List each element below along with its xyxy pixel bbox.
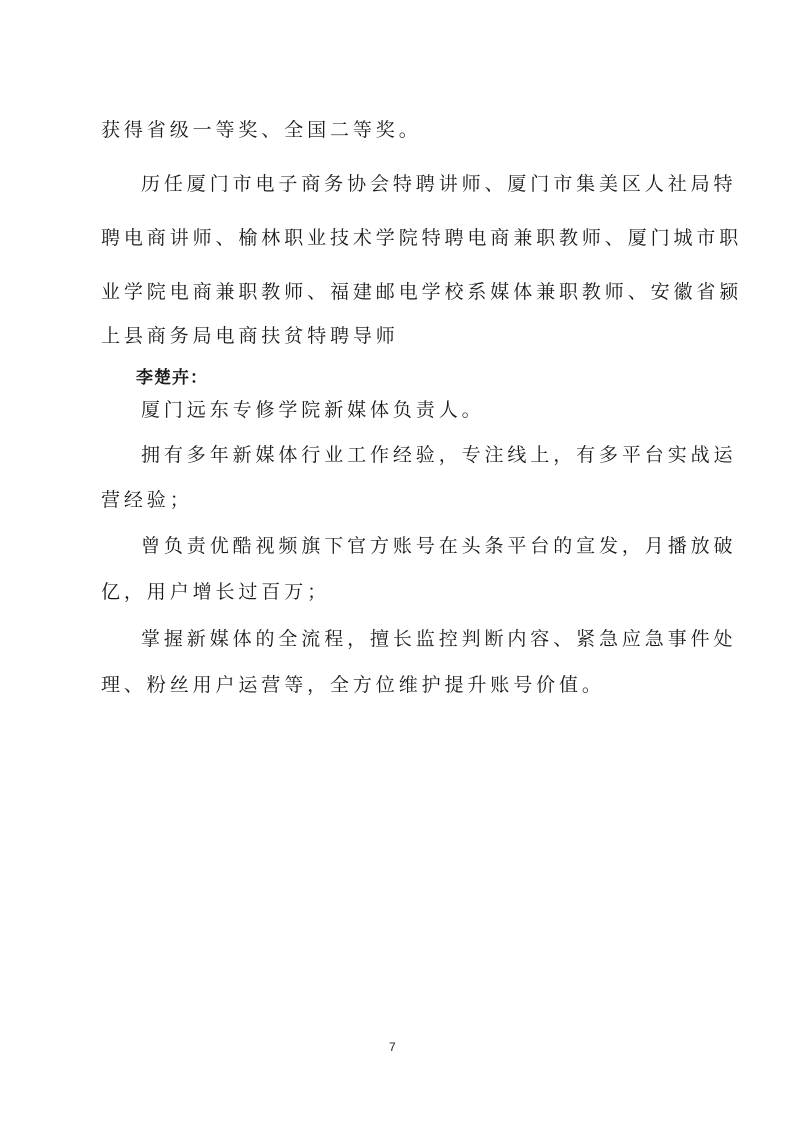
paragraph-line: 掌握新媒体的全流程，擅长监控判断内容、紧急应急事件处 <box>141 627 741 651</box>
document-page: 获得省级一等奖、全国二等奖。 历任厦门市电子商务协会特聘讲师、厦门市集美区人社局… <box>0 0 793 1122</box>
paragraph-line: 拥有多年新媒体行业工作经验，专注线上，有多平台实战运 <box>141 443 741 467</box>
paragraph-line: 业学院电商兼职教师、福建邮电学校系媒体兼职教师、安徽省颍 <box>101 280 701 304</box>
person-name-heading: 李楚卉： <box>136 367 208 389</box>
paragraph-line: 亿，用户增长过百万； <box>101 580 701 604</box>
paragraph-line: 获得省级一等奖、全国二等奖。 <box>101 118 701 142</box>
paragraph-line: 厦门远东专修学院新媒体负责人。 <box>141 398 741 422</box>
paragraph-line: 理、粉丝用户运营等，全方位维护提升账号价值。 <box>101 673 701 697</box>
paragraph-line: 历任厦门市电子商务协会特聘讲师、厦门市集美区人社局特 <box>141 172 741 196</box>
page-number: 7 <box>389 1040 396 1054</box>
paragraph-line: 曾负责优酷视频旗下官方账号在头条平台的宣发，月播放破 <box>141 534 741 558</box>
paragraph-line: 营经验； <box>101 488 701 512</box>
paragraph-line: 聘电商讲师、榆林职业技术学院特聘电商兼职教师、厦门城市职 <box>101 226 701 250</box>
paragraph-line: 上县商务局电商扶贫特聘导师 <box>101 324 701 348</box>
